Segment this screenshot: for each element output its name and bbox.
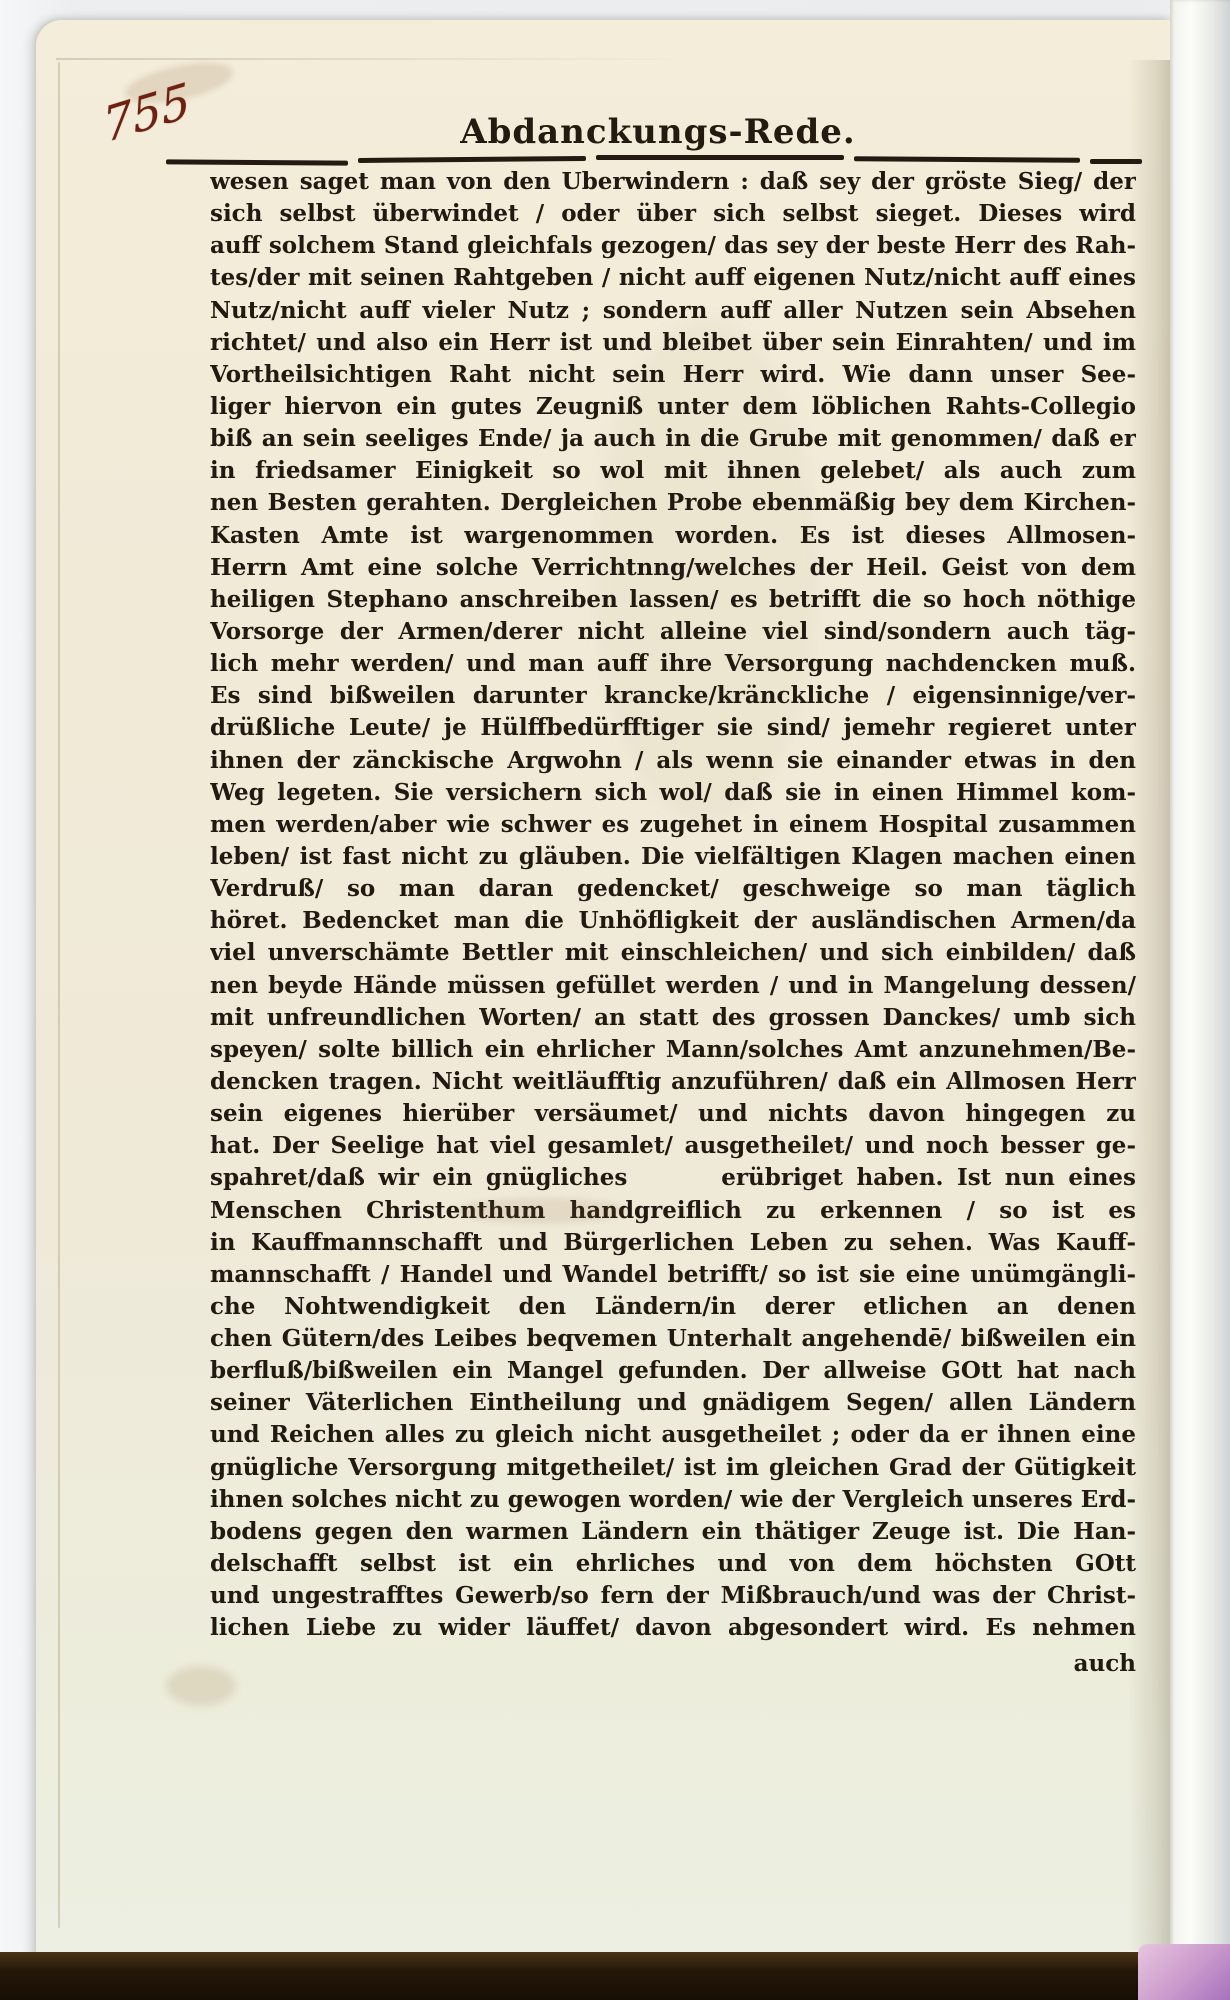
text-line: Verdruß/ so man daran gedencket/ geschwe…: [210, 873, 1136, 905]
body-text: wesen saget man von den Uberwindern : da…: [210, 166, 1136, 1644]
text-line: lich mehr werden/ und man auff ihre Vers…: [210, 648, 1136, 680]
page-edge-line-horizontal: [56, 58, 696, 60]
rule-segment: [854, 156, 1080, 163]
text-line: und Reichen alles zu gleich nicht ausget…: [210, 1419, 1136, 1451]
text-line: spahret/daß wir ein gnügliches erübriget…: [210, 1162, 1136, 1194]
text-line: men werden/aber wie schwer es zugehet in…: [210, 809, 1136, 841]
text-line: Vortheilsichtigen Raht nicht sein Herr w…: [210, 359, 1136, 391]
text-line: höret. Bedencket man die Unhöfligkeit de…: [210, 905, 1136, 937]
text-line: in friedsamer Einigkeit so wol mit ihnen…: [210, 455, 1136, 487]
rule-segment: [166, 159, 348, 165]
catchword: auch: [210, 1648, 1136, 1680]
page-curl-shadow: [1128, 60, 1174, 1950]
text-line: viel unverschämte Bettler mit einschleic…: [210, 937, 1136, 969]
text-line: speyen/ solte billich ein ehrlicher Mann…: [210, 1034, 1136, 1066]
book-page: 755 Abdanckungs-Rede. wesen saget man vo…: [36, 20, 1170, 1964]
text-line: auff solchem Stand gleichfals gezogen/ d…: [210, 230, 1136, 262]
text-line: che Nohtwendigkeit den Ländern/in derer …: [210, 1291, 1136, 1323]
text-line: Herrn Amt eine solche Verrichtnng/welche…: [210, 552, 1136, 584]
text-line: heiligen Stephano anschreiben lassen/ es…: [210, 584, 1136, 616]
book-fore-edge: [1170, 0, 1230, 2000]
text-line: Vorsorge der Armen/derer nicht alleine v…: [210, 616, 1136, 648]
text-line: Menschen Christenthum handgreiflich zu e…: [210, 1195, 1136, 1227]
rule-segment: [596, 155, 844, 160]
text-line: nen Besten gerahten. Dergleichen Probe e…: [210, 487, 1136, 519]
text-line: Kasten Amte ist wargenommen worden. Es i…: [210, 520, 1136, 552]
text-line: berfluß/bißweilen ein Mangel gefunden. D…: [210, 1355, 1136, 1387]
text-line: sich selbst überwindet / oder über sich …: [210, 198, 1136, 230]
text-line: bodens gegen den warmen Ländern ein thät…: [210, 1516, 1136, 1548]
text-line: hat. Der Seelige hat viel gesamlet/ ausg…: [210, 1130, 1136, 1162]
book-photo: 755 Abdanckungs-Rede. wesen saget man vo…: [0, 0, 1230, 2000]
text-line: Nutz/nicht auff vieler Nutz ; sondern au…: [210, 295, 1136, 327]
text-line: mannschafft / Handel und Wandel betrifft…: [210, 1259, 1136, 1291]
text-line: richtet/ und also ein Herr ist und bleib…: [210, 327, 1136, 359]
text-line: Es sind bißweilen darunter krancke/kränc…: [210, 680, 1136, 712]
text-line: wesen saget man von den Uberwindern : da…: [210, 166, 1136, 198]
paper-stain: [456, 1198, 626, 1224]
text-line: chen Gütern/des Leibes beqvemen Unterhal…: [210, 1323, 1136, 1355]
bottom-shadow: [0, 1952, 1230, 2000]
text-line: sein eigenes hierüber versäumet/ und nic…: [210, 1098, 1136, 1130]
text-line: lichen Liebe zu wider läuffet/ davon abg…: [210, 1612, 1136, 1644]
text-line: seiner Väterlichen Eintheilung und gnädi…: [210, 1387, 1136, 1419]
text-line: dencken tragen. Nicht weitläufftig anzuf…: [210, 1066, 1136, 1098]
text-line: drüßliche Leute/ je Hülffbedürfftiger si…: [210, 712, 1136, 744]
header-rule: [166, 156, 1142, 166]
text-line: mit unfreundlichen Worten/ an statt des …: [210, 1002, 1136, 1034]
text-line: ihnen solches nicht zu gewogen worden/ w…: [210, 1484, 1136, 1516]
text-line: und ungestrafftes Gewerb/so fern der Miß…: [210, 1580, 1136, 1612]
text-line: biß an sein seeliges Ende/ ja auch in di…: [210, 423, 1136, 455]
text-line: Weg legeten. Sie versichern sich wol/ da…: [210, 777, 1136, 809]
page-edge-line-vertical: [58, 62, 60, 1928]
text-line: in Kauffmannschafft und Bürgerlichen Leb…: [210, 1227, 1136, 1259]
table-corner: [1138, 1944, 1230, 2000]
text-line: liger hiervon ein gutes Zeugniß unter de…: [210, 391, 1136, 423]
page-title: Abdanckungs-Rede.: [174, 112, 1142, 152]
text-line: nen beyde Hände müssen gefüllet werden /…: [210, 970, 1136, 1002]
rule-segment: [358, 156, 586, 163]
text-line: ihnen der zänckische Argwohn / als wenn …: [210, 745, 1136, 777]
text-line: delschafft selbst ist ein ehrliches und …: [210, 1548, 1136, 1580]
text-line: leben/ ist fast nicht zu gläuben. Die vi…: [210, 841, 1136, 873]
text-line: gnügliche Versorgung mitgetheilet/ ist i…: [210, 1452, 1136, 1484]
text-line: tes/der mit seinen Rahtgeben / nicht auf…: [210, 262, 1136, 294]
